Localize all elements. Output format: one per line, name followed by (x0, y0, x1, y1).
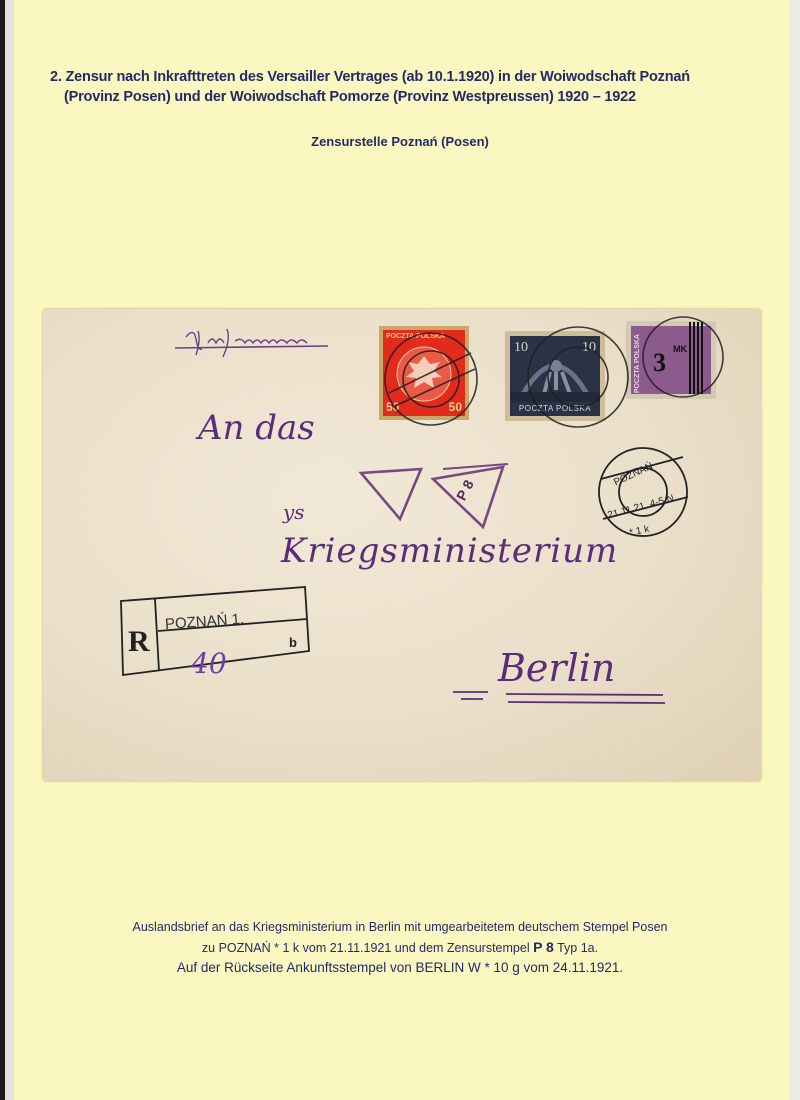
caption-line-3: Auf der Rückseite Ankunftsstempel von BE… (0, 958, 800, 978)
caption-line-2-suffix: Typ 1a. (554, 941, 598, 955)
heading-line-1: 2. Zensur nach Inkrafttreten des Versail… (50, 69, 690, 85)
page-heading: 2. Zensur nach Inkrafttreten des Versail… (50, 67, 770, 107)
envelope-image: POCZTA POLSKA 5050 1010 POCZTA POLSKA PO… (43, 309, 761, 781)
heading-line-2: (Provinz Posen) und der Woiwodschaft Pom… (50, 87, 770, 107)
postmark-date-text: 21.11.21. 4-5 N (606, 493, 675, 521)
censor-mark-label: P 8 (453, 477, 477, 503)
recipient-text: Kriegsministerium (280, 531, 618, 571)
registration-office: POZNAŃ 1. (165, 611, 245, 633)
envelope-markings: Einschreiben An das P 8 POZNAŃ 21.11.21.… (43, 309, 761, 781)
registration-suffix: b (289, 635, 297, 650)
handwriting-einschreiben (175, 329, 328, 357)
page-subheading: Zensurstelle Poznań (Posen) (0, 134, 800, 149)
caption-censor-code: P 8 (533, 939, 554, 955)
description-caption: Auslandsbrief an das Kriegsministerium i… (0, 917, 800, 978)
caption-line-2: zu POZNAŃ * 1 k vom 21.11.1921 und dem Z… (0, 937, 800, 958)
caption-line-1: Auslandsbrief an das Kriegsministerium i… (0, 917, 800, 937)
registration-number-text: 40 (190, 647, 227, 680)
salutation-text: An das (195, 408, 315, 448)
registration-letter: R (128, 625, 150, 658)
recipient-prefix-text: ys (282, 500, 305, 524)
postmark-over-stamps (385, 317, 723, 427)
city-underline (453, 692, 665, 703)
city-text: Berlin (497, 646, 615, 690)
poznan-postmark (599, 448, 688, 536)
censor-triangle-marks (361, 464, 508, 527)
caption-line-2-text: zu POZNAŃ * 1 k vom 21.11.1921 und dem Z… (202, 941, 533, 955)
